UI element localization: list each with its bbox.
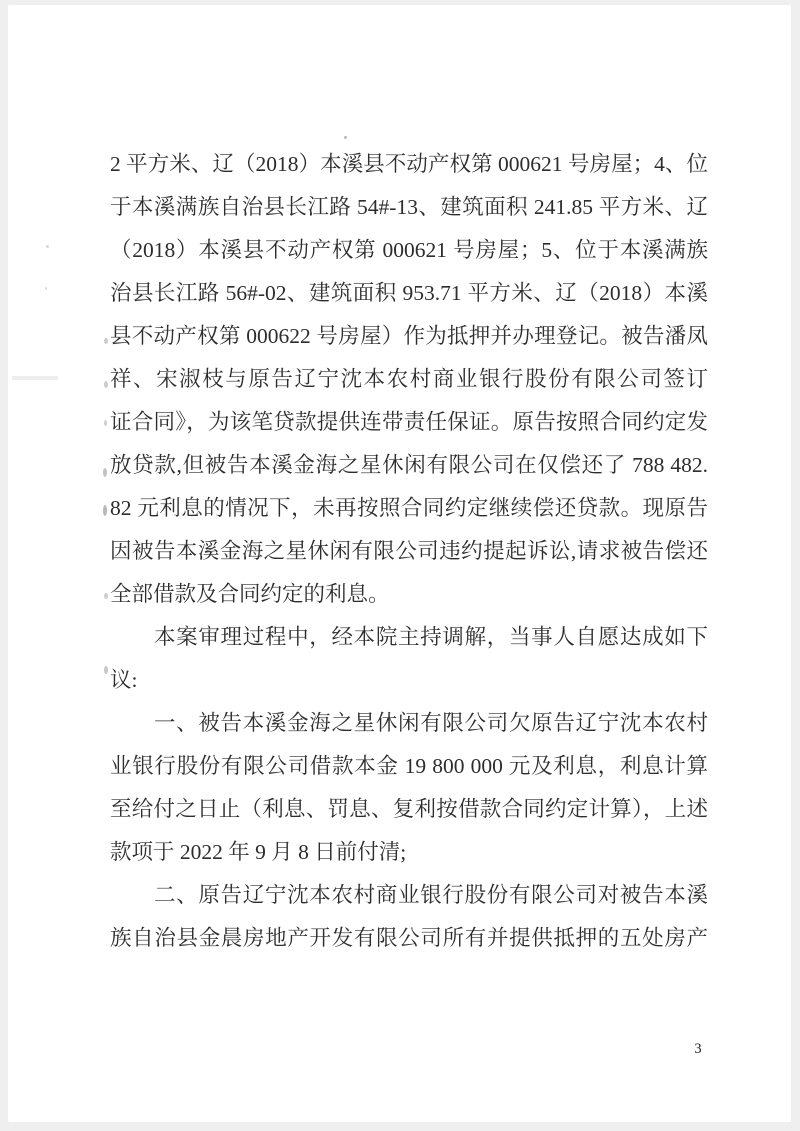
text-line: 全部借款及合同约定的利息。 [110, 573, 708, 616]
scan-speck [104, 381, 108, 388]
text-line: 业银行股份有限公司借款本金 19 800 000 元及利息，利息计算 [110, 745, 708, 788]
text-line: 放贷款,但被告本溪金海之星休闲有限公司在仅偿还了 788 482. [110, 444, 708, 487]
scan-speck [104, 593, 108, 599]
scan-streak [12, 376, 58, 380]
text-line: 族自治县金晨房地产开发有限公司所有并提供抵押的五处房产 [110, 917, 708, 960]
text-line: 治县长江路 56#-02、建筑面积 953.71 平方米、辽（2018）本溪 [110, 272, 708, 315]
text-line: 因被告本溪金海之星休闲有限公司违约提起诉讼,请求被告偿还 [110, 530, 708, 573]
scan-speck [103, 468, 107, 477]
text-line: 82 元利息的情况下，未再按照合同约定继续偿还贷款。现原告 [110, 487, 708, 530]
text-line: 祥、宋淑枝与原告辽宁沈本农村商业银行股份有限公司签订《保 [110, 358, 708, 401]
scan-speck [104, 420, 107, 426]
text-line: 本案审理过程中，经本院主持调解，当事人自愿达成如下协 [110, 616, 708, 659]
scan-speck [46, 245, 49, 248]
text-line: 县不动产权第 000622 号房屋）作为抵押并办理登记。被告潘凤 [110, 315, 708, 358]
page-number: 3 [686, 1041, 710, 1058]
text-line: 二、原告辽宁沈本农村商业银行股份有限公司对被告本溪满 [110, 874, 708, 917]
document-page: 2 平方米、辽（2018）本溪县不动产权第 000621 号房屋；4、位于本溪满… [8, 5, 791, 1122]
scan-speck [104, 666, 108, 674]
scan-speck [45, 287, 47, 290]
scan-speck [103, 505, 107, 516]
text-line: 款项于 2022 年 9 月 8 日前付清; [110, 831, 708, 874]
scan-speck [104, 338, 108, 344]
text-line: 证合同》，为该笔贷款提供连带责任保证。原告按照合同约定发 [110, 401, 708, 444]
text-line: 议: [110, 659, 708, 702]
scan-speck [344, 136, 347, 139]
text-line: 一、被告本溪金海之星休闲有限公司欠原告辽宁沈本农村商 [110, 702, 708, 745]
text-line: 至给付之日止（利息、罚息、复利按借款合同约定计算），上述 [110, 788, 708, 831]
document-text-lines: 2 平方米、辽（2018）本溪县不动产权第 000621 号房屋；4、位于本溪满… [110, 143, 708, 960]
text-line: 于本溪满族自治县长江路 54#-13、建筑面积 241.85 平方米、辽 [110, 186, 708, 229]
text-line: 2 平方米、辽（2018）本溪县不动产权第 000621 号房屋；4、位 [110, 143, 708, 186]
text-line: （2018）本溪县不动产权第 000621 号房屋；5、位于本溪满族自 [110, 229, 708, 272]
